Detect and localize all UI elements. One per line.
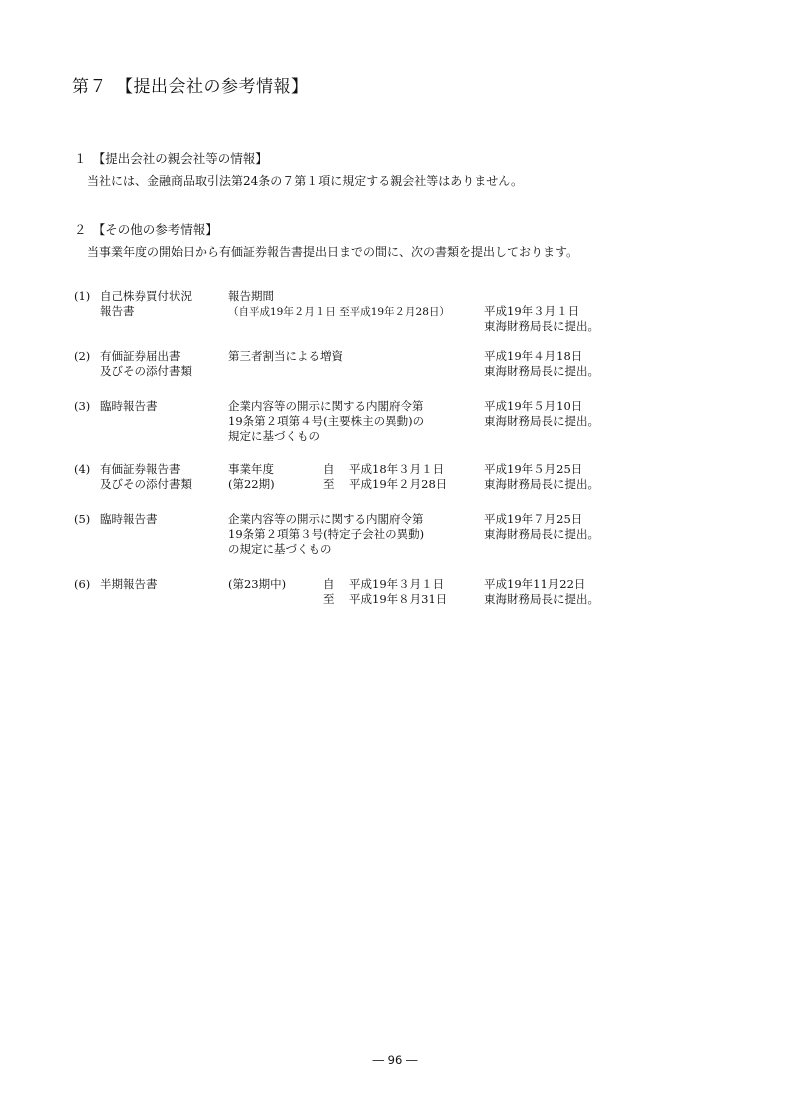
filing-name: 臨時報告書	[100, 512, 158, 527]
page-number: ― 96 ―	[0, 1053, 790, 1067]
filing-number: (1)	[74, 289, 90, 304]
section-heading-other-info: ２ 【その他の参考情報】	[74, 220, 218, 238]
section-heading-parent-company: １ 【提出会社の親会社等の情報】	[74, 149, 268, 167]
filing-submitted: 平成19年７月25日東海財務局長に提出。	[484, 512, 599, 542]
filing-submitted: 平成19年11月22日東海財務局長に提出。	[484, 577, 599, 607]
filing-number: (2)	[74, 349, 90, 364]
period-dates: 平成18年３月１日平成19年２月28日	[349, 462, 447, 492]
filing-number: (3)	[74, 399, 90, 414]
filing-name: 有価証券届出書及びその添付書類	[100, 349, 192, 379]
filing-description: 企業内容等の開示に関する内閣府令第19条第２項第４号(主要株主の異動)の規定に基…	[228, 399, 424, 444]
period-from-to-label: 自至	[323, 462, 335, 492]
section-body-parent-company: 当社には、金融商品取引法第24条の７第１項に規定する親会社等はありません。	[87, 172, 523, 189]
filing-description: 報告期間（自平成19年２月１日 至平成19年２月28日）	[228, 289, 450, 320]
filing-submitted: 平成19年５月25日東海財務局長に提出。	[484, 462, 599, 492]
period-dates: 平成19年３月１日平成19年８月31日	[349, 577, 447, 607]
filing-submitted: 平成19年４月18日東海財務局長に提出。	[484, 349, 599, 379]
filing-name: 臨時報告書	[100, 399, 158, 414]
filing-number: (4)	[74, 462, 90, 477]
filing-name: 自己株券買付状況報告書	[100, 289, 192, 319]
filing-description: 事業年度(第22期)	[228, 462, 275, 492]
filing-number: (5)	[74, 512, 90, 527]
filing-number: (6)	[74, 577, 90, 592]
filing-submitted: 平成19年３月１日東海財務局長に提出。	[484, 304, 599, 334]
filing-name: 半期報告書	[100, 577, 158, 592]
period-from-to-label: 自至	[323, 577, 335, 607]
section-body-other-info: 当事業年度の開始日から有価証券報告書提出日までの間に、次の書類を提出しております…	[87, 243, 578, 260]
filing-description: 第三者割当による増資	[228, 349, 343, 364]
filing-description: (第23期中)	[228, 577, 286, 592]
filing-name: 有価証券報告書及びその添付書類	[100, 462, 192, 492]
filing-description: 企業内容等の開示に関する内閣府令第19条第２項第３号(特定子会社の異動)の規定に…	[228, 512, 424, 557]
filing-submitted: 平成19年５月10日東海財務局長に提出。	[484, 399, 599, 429]
page-title: 第７ 【提出会社の参考情報】	[72, 72, 309, 97]
